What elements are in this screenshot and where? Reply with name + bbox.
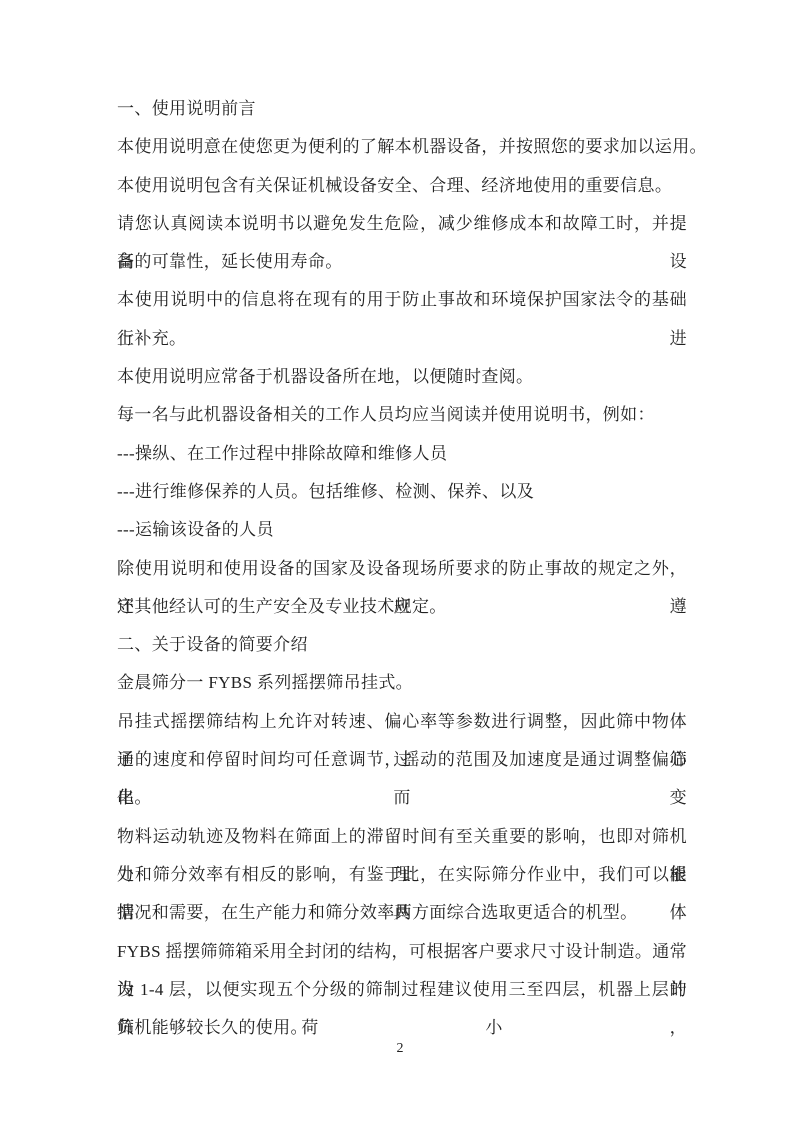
paragraph-line: 本使用说明应常备于机器设备所在地，以便随时查阅。: [117, 358, 687, 396]
list-item-line: ---进行维修保养的人员。包括维修、检测、保养、以及: [117, 473, 687, 511]
page-footer: 2: [0, 1039, 800, 1057]
paragraph-line: 金晨筛分一 FYBS 系列摇摆筛吊挂式。: [117, 664, 687, 702]
document-page-background: { "page": { "number": "2" }, "document":…: [0, 0, 800, 1131]
paragraph-line: 除使用说明和使用设备的国家及设备现场所要求的防止事故的规定之外，还应遵: [117, 550, 687, 588]
paragraph-line: 物料运动轨迹及物料在筛面上的滞留时间有至关重要的影响，也即对筛机处理能: [117, 818, 687, 856]
paragraph-line: 吊挂式摇摆筛结构上允许对转速、偏心率等参数进行调整，因此筛中物体通过筛: [117, 703, 687, 741]
paragraph-line: 子的速度和停留时间均可任意调节，摇动的范围及加速度是通过调整偏心串而变: [117, 741, 687, 779]
paragraph-line: 为 1-4 层，以便实现五个分级的筛制过程建议使用三至四层，机器上层的负荷小，: [117, 971, 687, 1009]
paragraph-line: 本使用说明意在使您更为便利的了解本机器设备，并按照您的要求加以运用。: [117, 128, 687, 166]
paragraph-line: FYBS 摇摆筛筛箱采用全封闭的结构，可根据客户要求尺寸设计制造。通常设计: [117, 933, 687, 971]
page-number: 2: [397, 1041, 404, 1056]
paragraph-line: 情况和需要，在生产能力和筛分效率两方面综合选取更适合的机型。: [117, 894, 687, 932]
section-heading-introduction: 二、关于设备的简要介绍: [117, 626, 687, 664]
document-sheet: 一、使用说明前言 本使用说明意在使您更为便利的了解本机器设备，并按照您的要求加以…: [0, 0, 800, 1131]
paragraph-line: 每一名与此机器设备相关的工作人员均应当阅读并使用说明书，例如：: [117, 396, 687, 434]
paragraph-line: 本使用说明中的信息将在现有的用于防止事故和环境保护国家法令的基础上进: [117, 281, 687, 319]
list-item-line: ---操纵、在工作过程中排除故障和维修人员: [117, 435, 687, 473]
section-heading-preface: 一、使用说明前言: [117, 90, 687, 128]
paragraph-line: 力和筛分效率有相反的影响，有鉴于此，在实际筛分作业中，我们可以根据具体: [117, 856, 687, 894]
document-content: 一、使用说明前言 本使用说明意在使您更为便利的了解本机器设备，并按照您的要求加以…: [117, 90, 687, 1047]
paragraph-line: 本使用说明包含有关保证机械设备安全、合理、经济地使用的重要信息。: [117, 167, 687, 205]
list-item-line: ---运输该设备的人员: [117, 511, 687, 549]
paragraph-line: 请您认真阅读本说明书以避免发生危险，减少维修成本和故障工时，并提高设: [117, 205, 687, 243]
